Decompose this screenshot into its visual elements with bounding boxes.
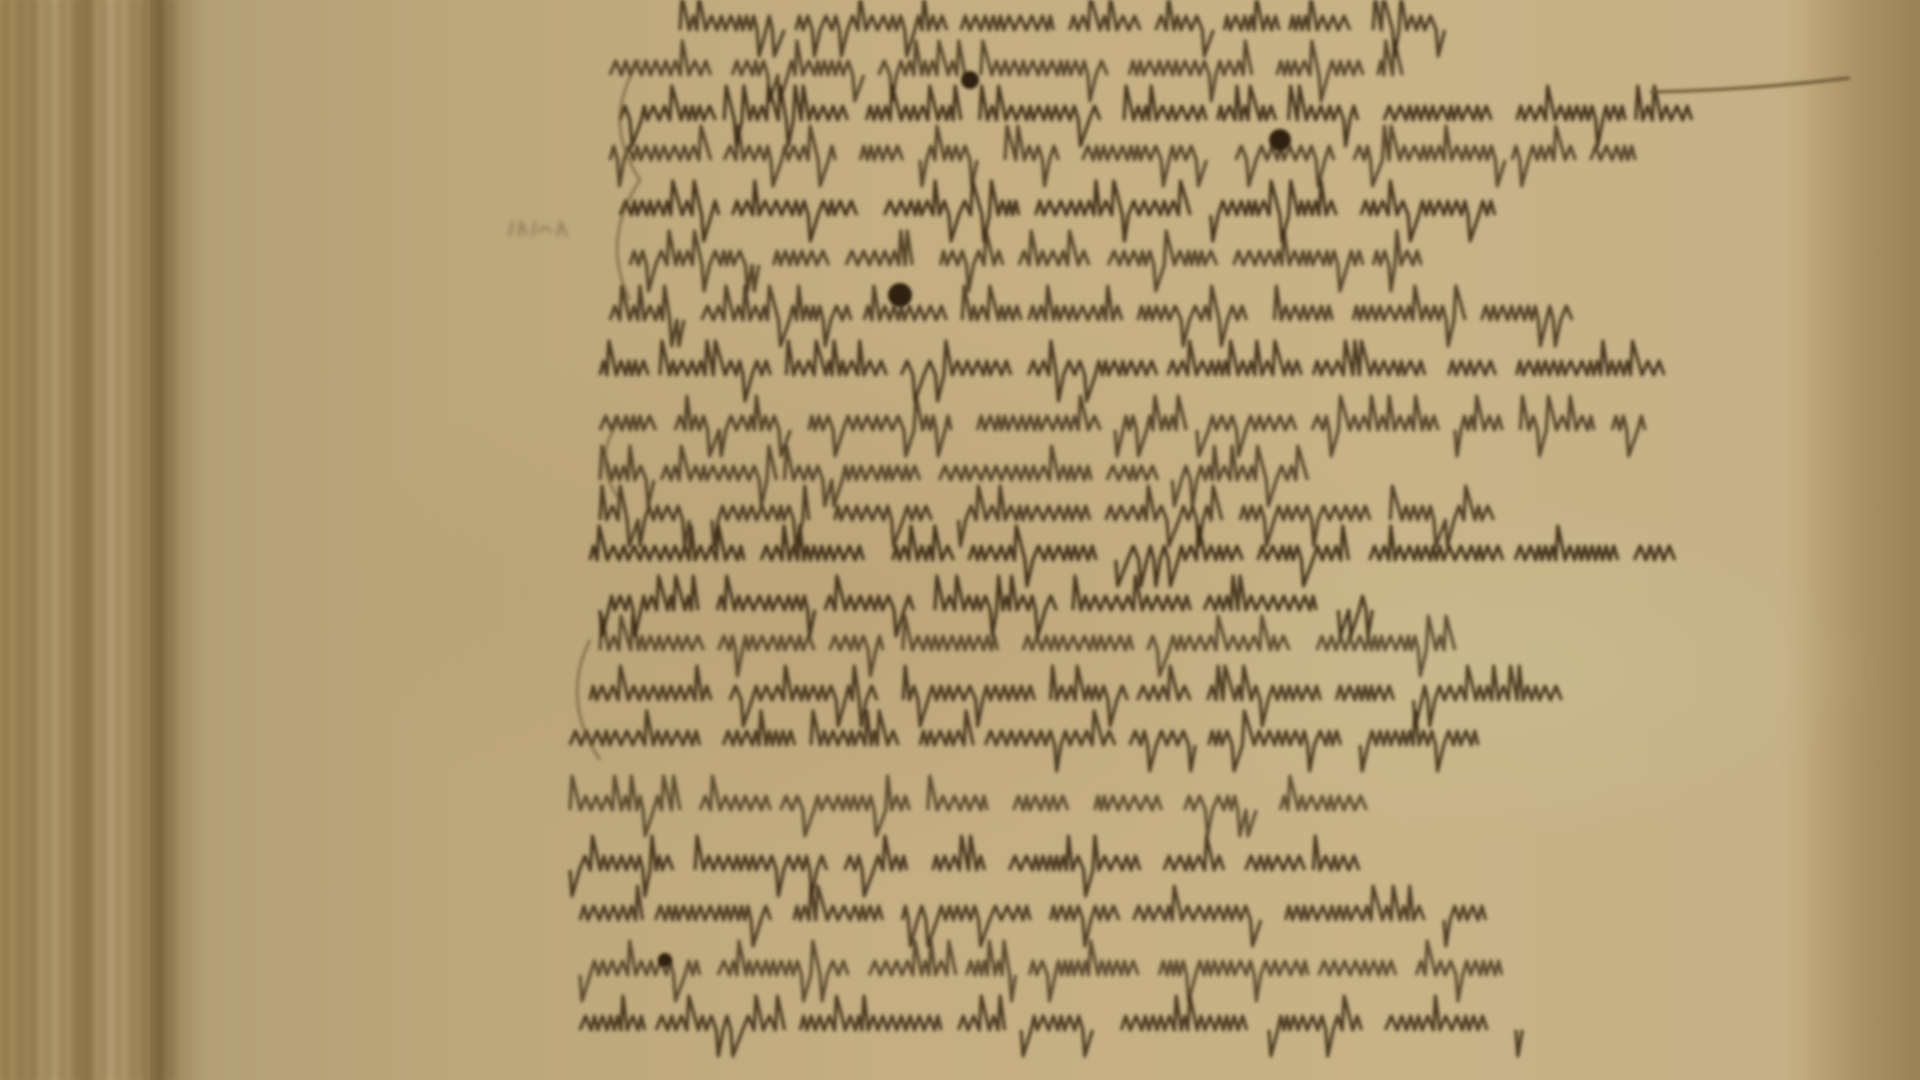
manuscript-line <box>600 616 1455 676</box>
capital-flourishes <box>577 60 640 760</box>
manuscript-line <box>570 711 1478 771</box>
manuscript-line <box>600 576 1372 636</box>
manuscript-text-block <box>0 0 1920 1080</box>
manuscript-line <box>570 836 1359 896</box>
manuscript-line <box>580 996 1522 1056</box>
manuscript-line <box>680 0 1445 56</box>
ink-blot <box>961 71 979 89</box>
manuscript-line <box>600 486 1494 546</box>
manuscript-line <box>620 181 1495 241</box>
line-flourish <box>1650 78 1850 92</box>
manuscript-line <box>580 941 1502 1001</box>
manuscript-line <box>580 886 1486 946</box>
manuscript-line <box>610 126 1635 186</box>
manuscript-line <box>610 286 1572 346</box>
manuscript-line <box>600 446 1308 506</box>
manuscript-line <box>620 78 1850 146</box>
ink-blot <box>658 953 672 967</box>
manuscript-line <box>600 341 1664 401</box>
manuscript-line <box>600 396 1645 456</box>
manuscript-line <box>590 526 1675 586</box>
ink-blot <box>888 283 912 307</box>
manuscript-line <box>630 231 1421 291</box>
manuscript-line <box>570 776 1367 836</box>
ink-blot <box>1269 129 1291 151</box>
